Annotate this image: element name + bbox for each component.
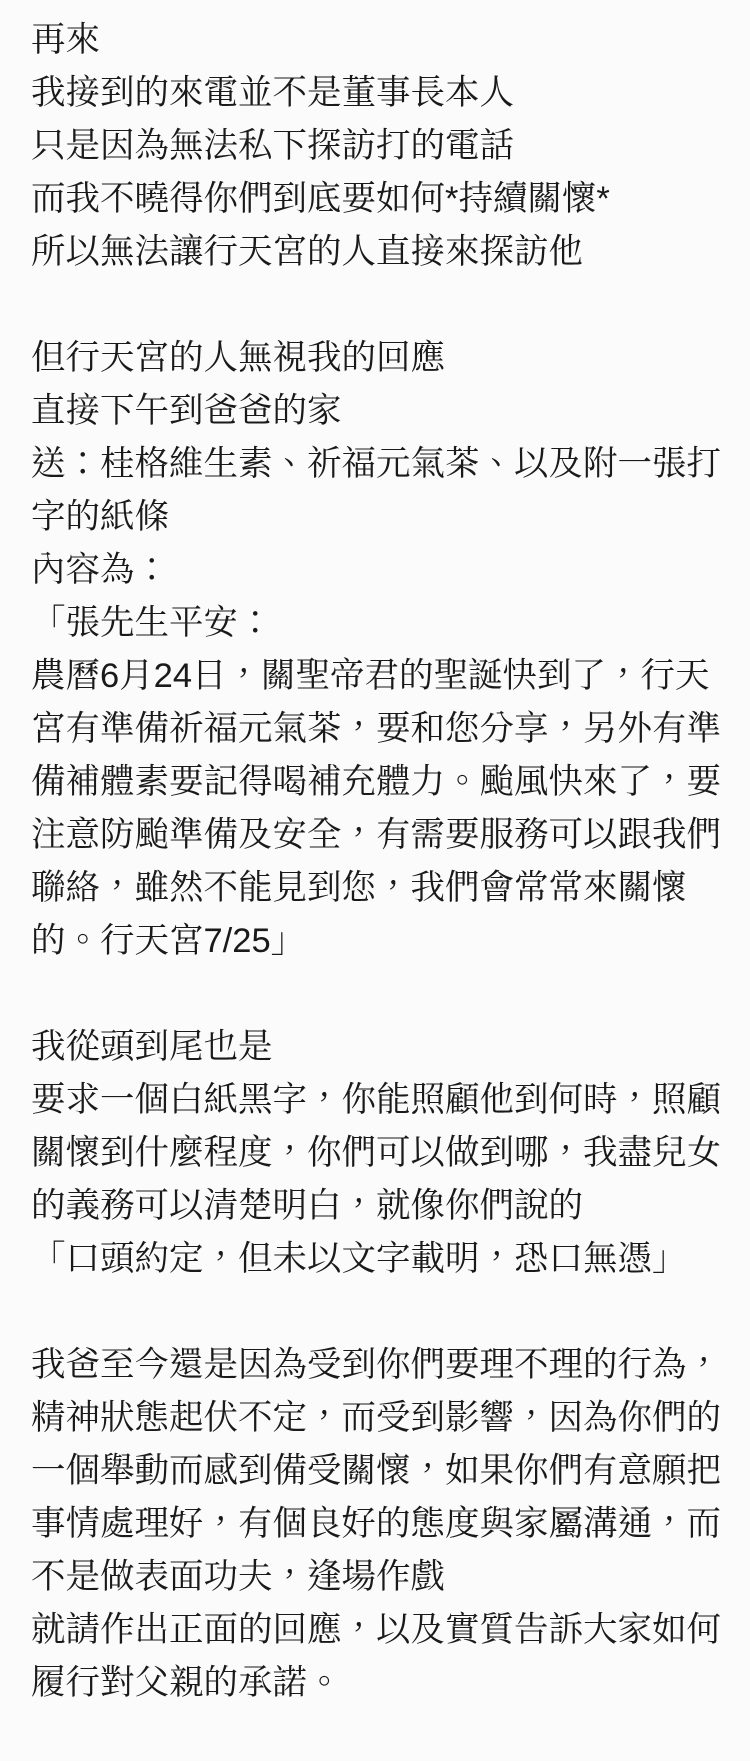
text-line: 內容為： bbox=[31, 544, 723, 597]
text-line: 送：桂格維生素、祈福元氣茶、以及附一張打字的紙條 bbox=[31, 438, 723, 544]
post-text: 再來 我接到的來電並不是董事長本人 只是因為無法私下探訪打的電話 而我不曉得你們… bbox=[31, 14, 723, 1710]
text-line: 我接到的來電並不是董事長本人 bbox=[31, 67, 723, 120]
text-line: 只是因為無法私下探訪打的電話 bbox=[31, 120, 723, 173]
text-line quoted-note: 農曆6月24日，關聖帝君的聖誕快到了，行天宮有準備祈福元氣茶，要和您分享，另外有… bbox=[31, 650, 723, 968]
text-line: 直接下午到爸爸的家 bbox=[31, 385, 723, 438]
paragraph-closing: 我爸至今還是因為受到你們要理不理的行為，精神狀態起伏不定，而受到影響，因為你們的… bbox=[31, 1339, 723, 1710]
text-line: 「張先生平安： bbox=[31, 597, 723, 650]
text-line: 再來 bbox=[31, 14, 723, 67]
text-line: 就請作出正面的回應，以及實質告訴大家如何履行對父親的承諾。 bbox=[31, 1604, 723, 1710]
text-line: 要求一個白紙黑字，你能照顧他到何時，照顧關懷到什麼程度，你們可以做到哪，我盡兒女… bbox=[31, 1074, 723, 1233]
paragraph-demand: 我從頭到尾也是 要求一個白紙黑字，你能照顧他到何時，照顧關懷到什麼程度，你們可以… bbox=[31, 1021, 723, 1286]
page: { "page": { "background_color": "#fbfbfb… bbox=[0, 0, 750, 1761]
text-line: 所以無法讓行天宮的人直接來探訪他 bbox=[31, 226, 723, 279]
text-line: 我爸至今還是因為受到你們要理不理的行為，精神狀態起伏不定，而受到影響，因為你們的… bbox=[31, 1339, 723, 1604]
text-line: 「口頭約定，但未以文字載明，恐口無憑」 bbox=[31, 1233, 723, 1286]
text-line: 而我不曉得你們到底要如何*持續關懷* bbox=[31, 173, 723, 226]
text-line: 我從頭到尾也是 bbox=[31, 1021, 723, 1074]
paragraph-visit-and-note: 但行天宮的人無視我的回應 直接下午到爸爸的家 送：桂格維生素、祈福元氣茶、以及附… bbox=[31, 332, 723, 968]
text-line: 但行天宮的人無視我的回應 bbox=[31, 332, 723, 385]
paragraph-intro: 再來 我接到的來電並不是董事長本人 只是因為無法私下探訪打的電話 而我不曉得你們… bbox=[31, 14, 723, 279]
